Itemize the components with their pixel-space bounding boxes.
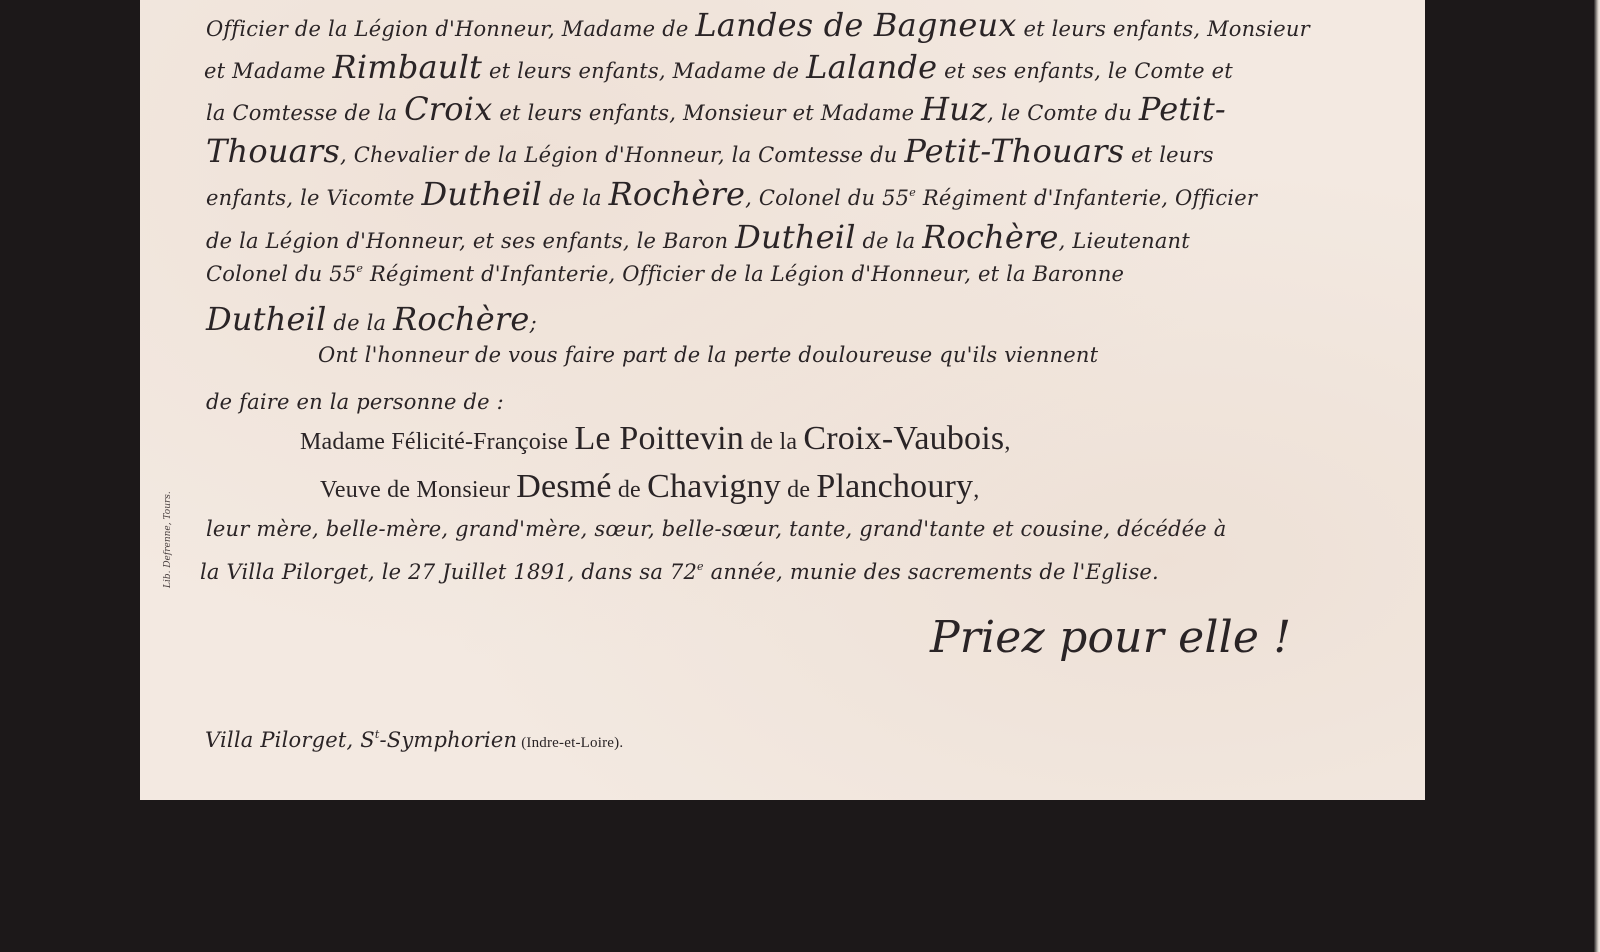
family-text: de la Légion d'Honneur, et ses enfants, … — [206, 229, 735, 253]
family-text: , Lieutenant — [1059, 229, 1190, 253]
ordinal-sup: e — [697, 560, 704, 573]
family-text: de la — [542, 186, 609, 210]
family-text: et leurs enfants, Monsieur — [1017, 17, 1310, 41]
widow-of-label: Veuve de Monsieur — [320, 477, 516, 503]
deceased-line-1: Madame Félicité-Françoise Le Poittevin d… — [300, 420, 1011, 458]
family-text: de la — [856, 229, 923, 253]
family-text: enfants, le Vicomte — [206, 186, 422, 210]
deceased-surname: Le Poittevin — [574, 420, 744, 457]
punctuation: , — [1004, 429, 1010, 455]
family-text: , Chevalier de la Légion d'Honneur, la C… — [340, 143, 904, 167]
family-text: de la — [327, 311, 394, 335]
address-department: (Indre-et-Loire). — [517, 735, 623, 751]
family-line: et Madame Rimbault et leurs enfants, Mad… — [204, 48, 1233, 86]
family-surname: Dutheil — [206, 300, 327, 338]
deceased-surname-2: Croix-Vaubois — [803, 420, 1004, 457]
address-town: -Symphorien — [379, 728, 517, 752]
husband-surname: Desmé — [516, 468, 611, 505]
family-surname: Dutheil — [735, 218, 856, 256]
card-edge — [1594, 0, 1600, 952]
family-line: Dutheil de la Rochère; — [206, 300, 537, 338]
family-line: Thouars, Chevalier de la Légion d'Honneu… — [206, 132, 1214, 170]
family-surname: Rochère — [393, 300, 529, 338]
family-surname: Landes de Bagneux — [695, 6, 1016, 44]
family-surname: Petit-Thouars — [904, 132, 1124, 170]
deceased-particle: de la — [744, 429, 803, 455]
family-text: et leurs enfants, Monsieur et Madame — [492, 101, 921, 125]
family-surname: Rimbault — [333, 48, 483, 86]
family-line: Officier de la Légion d'Honneur, Madame … — [206, 6, 1310, 44]
family-line: de la Légion d'Honneur, et ses enfants, … — [206, 218, 1190, 256]
family-text: Officier de la Légion d'Honneur, Madame … — [206, 17, 695, 41]
family-text: et Madame — [204, 59, 333, 83]
family-text: , Colonel du 55 — [745, 186, 909, 210]
deceased-title: Madame Félicité-Françoise — [300, 429, 574, 455]
family-surname: Croix — [404, 90, 492, 128]
family-surname: Dutheil — [422, 175, 543, 213]
husband-surname-2: Chavigny — [647, 468, 781, 505]
family-text: et leurs — [1124, 143, 1214, 167]
particle: de — [612, 477, 647, 503]
family-surname: Rochère — [922, 218, 1058, 256]
punctuation: , — [973, 477, 979, 503]
family-line: enfants, le Vicomte Dutheil de la Rochèr… — [206, 175, 1257, 213]
family-text: Régiment d'Infanterie, Officier — [916, 186, 1257, 210]
closing-prayer: Priez pour elle ! — [930, 612, 1291, 663]
family-surname: Thouars — [206, 132, 340, 170]
husband-surname-3: Planchoury — [816, 468, 973, 505]
family-text: Colonel du 55 — [206, 262, 356, 286]
family-line: Colonel du 55e Régiment d'Infanterie, Of… — [206, 262, 1124, 286]
family-text: la Comtesse de la — [206, 101, 404, 125]
announcement-line-2: de faire en la personne de : — [206, 390, 504, 414]
relationship-line: leur mère, belle-mère, grand'mère, sœur,… — [206, 517, 1226, 541]
family-text: , le Comte du — [987, 101, 1139, 125]
family-text: et ses enfants, le Comte et — [937, 59, 1233, 83]
sacraments-text: année, munie des sacrements de l'Eglise. — [704, 560, 1159, 584]
announcement-line-1: Ont l'honneur de vous faire part de la p… — [318, 343, 1098, 367]
address-villa: Villa Pilorget, S — [205, 728, 375, 752]
family-text: Régiment d'Infanterie, Officier de la Lé… — [363, 262, 1124, 286]
deceased-line-2: Veuve de Monsieur Desmé de Chavigny de P… — [320, 468, 979, 506]
family-text: ; — [530, 311, 537, 335]
printer-imprint: Lib. Defrenne, Tours. — [163, 470, 177, 610]
family-surname: Rochère — [609, 175, 745, 213]
family-surname: Lalande — [806, 48, 937, 86]
family-line: la Comtesse de la Croix et leurs enfants… — [206, 90, 1226, 128]
death-date-text: la Villa Pilorget, le 27 Juillet 1891, d… — [200, 560, 697, 584]
family-surname: Petit- — [1139, 90, 1226, 128]
family-surname: Huz — [921, 90, 987, 128]
family-text: et leurs enfants, Madame de — [482, 59, 806, 83]
death-date-line: la Villa Pilorget, le 27 Juillet 1891, d… — [200, 560, 1159, 584]
address-line: Villa Pilorget, St-Symphorien (Indre-et-… — [205, 728, 623, 752]
particle: de — [781, 477, 816, 503]
ordinal-sup: e — [909, 186, 916, 199]
